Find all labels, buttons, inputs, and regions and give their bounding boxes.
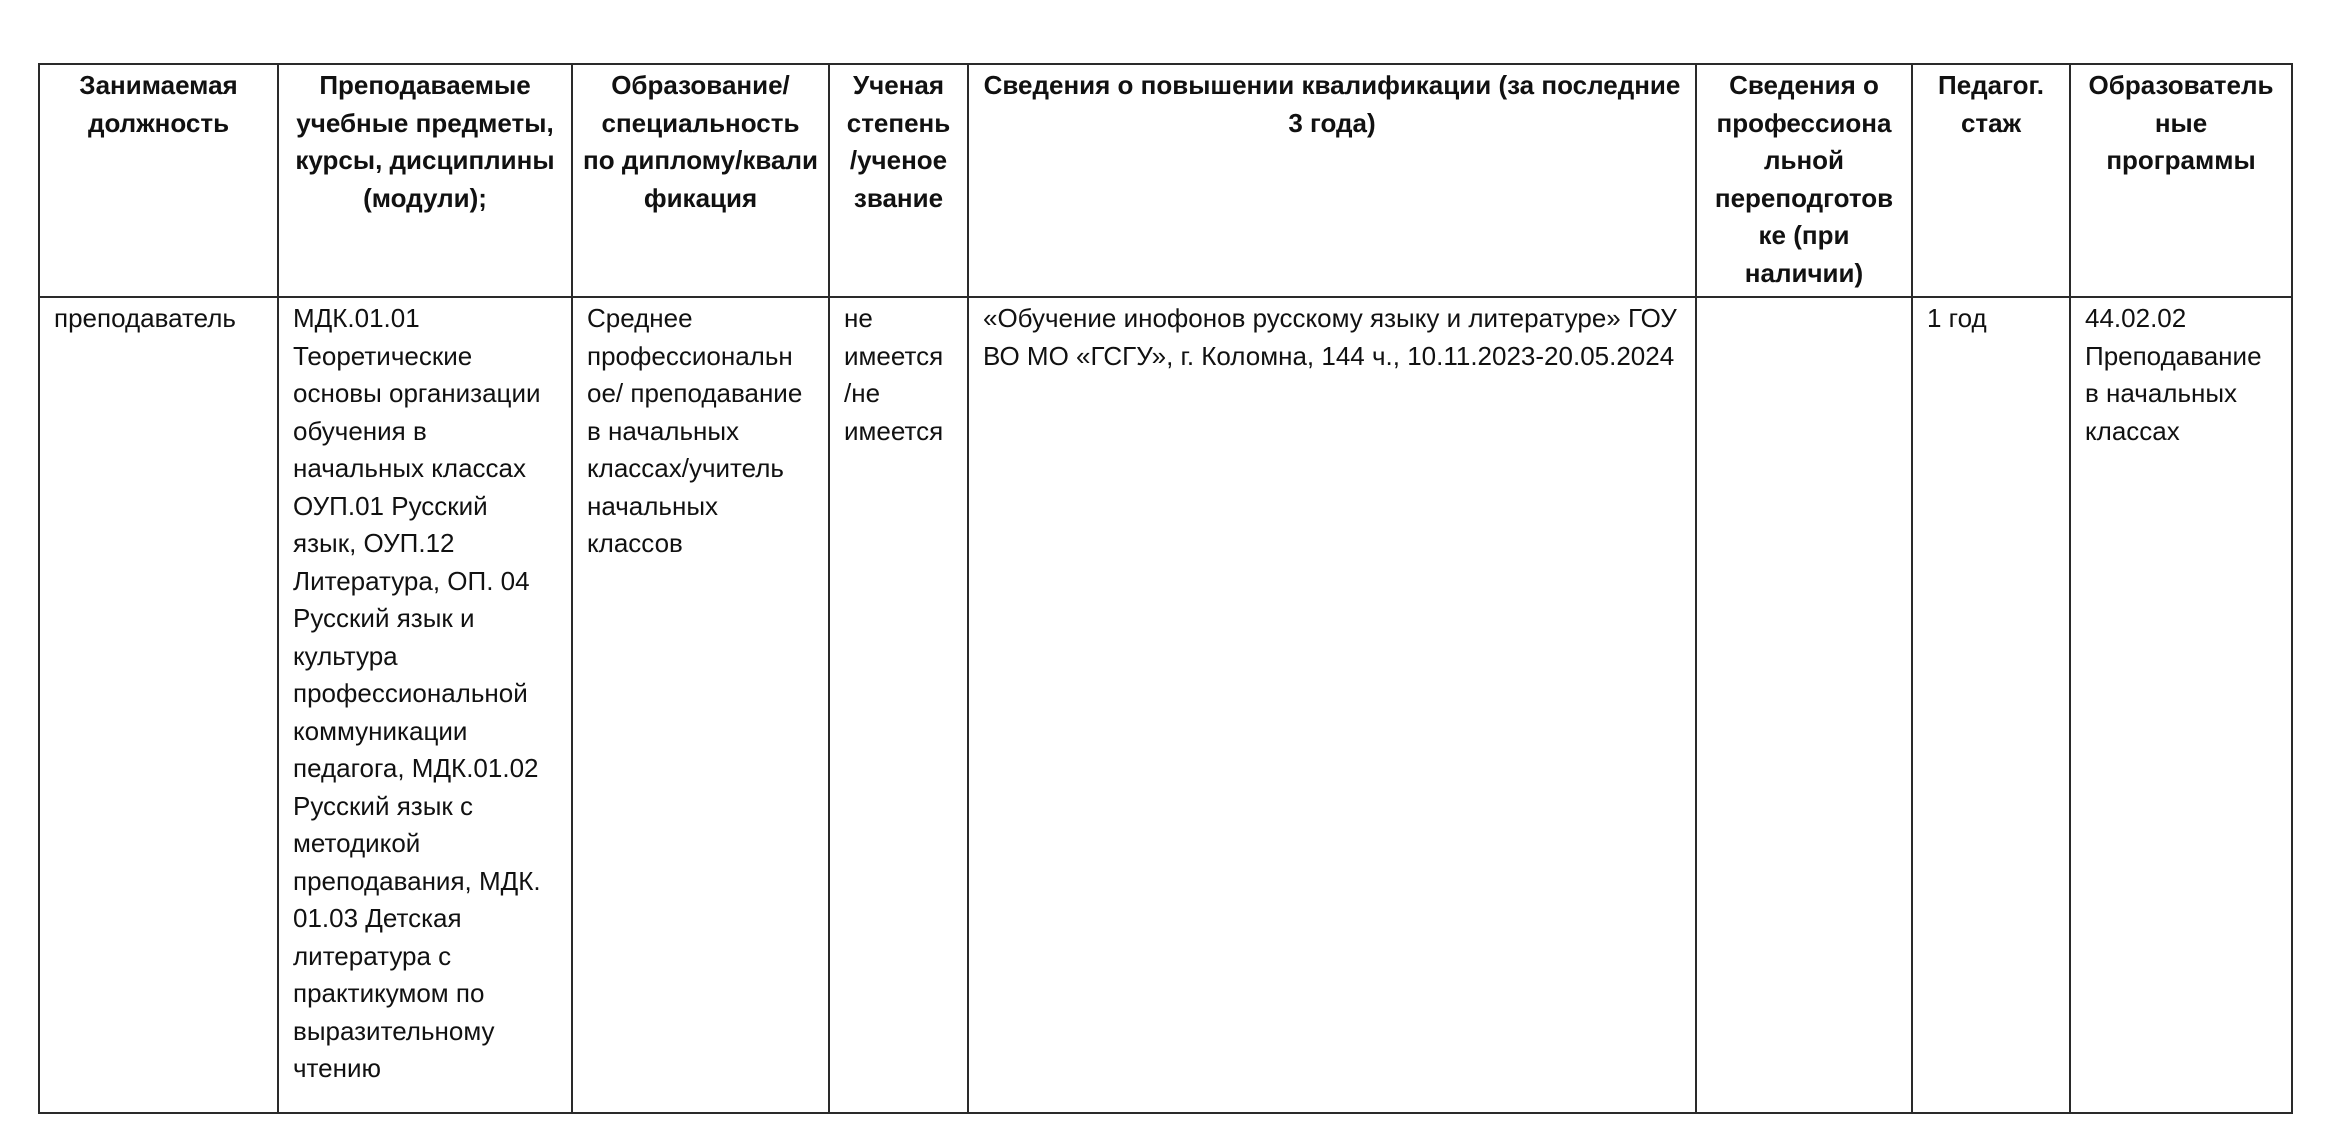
cell-subjects: МДК.01.01 Теоретические основы организац… — [278, 297, 572, 1113]
document-page: Занимаемая должность Преподаваемые учебн… — [38, 63, 2291, 1114]
table-row: преподаватель МДК.01.01 Теоретические ос… — [39, 297, 2292, 1113]
experience-text: 1 год — [1927, 300, 2055, 338]
header-subjects: Преподаваемые учебные предметы, курсы, д… — [278, 64, 572, 297]
cell-position: преподаватель — [39, 297, 278, 1113]
cell-qualification-upgrade: «Обучение инофонов русскому языку и лите… — [968, 297, 1696, 1113]
degree-text: не имеется /не имеется — [844, 300, 953, 450]
table-header-row: Занимаемая должность Преподаваемые учебн… — [39, 64, 2292, 297]
header-programs: Образователь ные программы — [2070, 64, 2292, 297]
education-text: Среднее профессиональн ое/ преподавание … — [587, 300, 814, 563]
cell-retraining — [1696, 297, 1912, 1113]
staff-info-table: Занимаемая должность Преподаваемые учебн… — [38, 63, 2293, 1114]
cell-experience: 1 год — [1912, 297, 2070, 1113]
header-position: Занимаемая должность — [39, 64, 278, 297]
header-retraining: Сведения о профессиона льной переподгото… — [1696, 64, 1912, 297]
subjects-text: МДК.01.01 Теоретические основы организац… — [293, 300, 557, 1088]
cell-degree: не имеется /не имеется — [829, 297, 968, 1113]
header-education: Образование/ специальность по диплому/кв… — [572, 64, 829, 297]
header-degree: Ученая степень /ученое звание — [829, 64, 968, 297]
position-text: преподаватель — [54, 300, 263, 338]
header-experience: Педагог. стаж — [1912, 64, 2070, 297]
qualification-upgrade-text: «Обучение инофонов русскому языку и лите… — [983, 300, 1681, 375]
cell-programs: 44.02.02 Преподавание в начальных класса… — [2070, 297, 2292, 1113]
header-qualification-upgrade: Сведения о повышении квалификации (за по… — [968, 64, 1696, 297]
cell-education: Среднее профессиональн ое/ преподавание … — [572, 297, 829, 1113]
programs-text: 44.02.02 Преподавание в начальных класса… — [2085, 300, 2277, 450]
